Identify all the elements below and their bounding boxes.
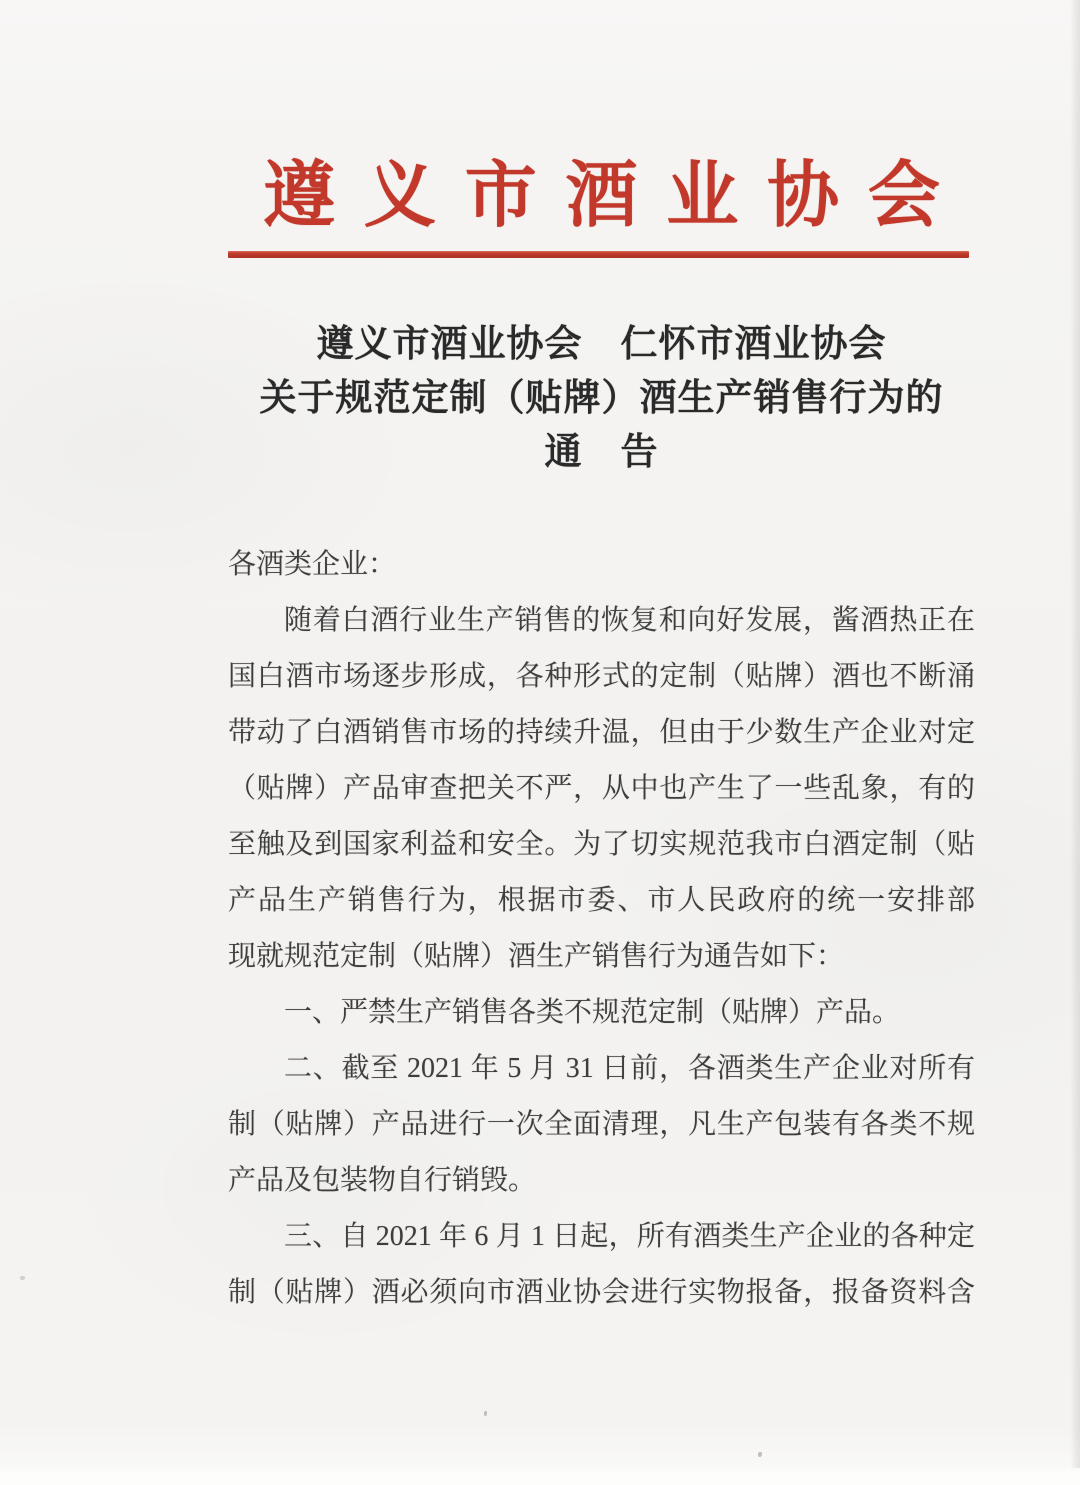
- body-line-item-3: 三、自 2021 年 6 月 1 日起，所有酒类生产企业的各种定: [228, 1209, 975, 1265]
- body-line: 产品生产销售行为，根据市委、市人民政府的统一安排部署，: [228, 873, 975, 929]
- body-line: 产品及包装物自行销毁。: [228, 1153, 975, 1209]
- title-line-issuers: 遵义市酒业协会 仁怀市酒业协会: [228, 318, 975, 372]
- scan-speck: [20, 1276, 25, 1280]
- body-line-item-1: 一、严禁生产销售各类不规范定制（贴牌）产品。: [228, 985, 975, 1041]
- title-line-notice: 通 告: [228, 426, 975, 480]
- body-line-item-2: 二、截至 2021 年 5 月 31 日前，各酒类生产企业对所有定: [228, 1041, 975, 1097]
- body-line: （贴牌）产品审查把关不严，从中也产生了一些乱象，有的甚: [228, 761, 975, 817]
- letterhead-title: 遵义市酒业协会: [228, 158, 975, 234]
- document-title: 遵义市酒业协会 仁怀市酒业协会 关于规范定制（贴牌）酒生产销售行为的 通 告: [228, 318, 975, 480]
- body-line: 至触及到国家利益和安全。为了切实规范我市白酒定制（贴牌）: [228, 817, 975, 873]
- letterhead-divider-line: [228, 251, 969, 258]
- body-line: 制（贴牌）酒必须向市酒业协会进行实物报备，报备资料含瓶: [228, 1265, 975, 1321]
- body-line: 带动了白酒销售市场的持续升温，但由于少数生产企业对定制: [228, 705, 975, 761]
- document-body: 各酒类企业： 随着白酒行业生产销售的恢复和向好发展，酱酒热正在全 国白酒市场逐步…: [228, 537, 975, 1321]
- scanned-document-page: 遵义市酒业协会 遵义市酒业协会 仁怀市酒业协会 关于规范定制（贴牌）酒生产销售行…: [0, 0, 1080, 1485]
- body-line: 国白酒市场逐步形成，各种形式的定制（贴牌）酒也不断涌现，: [228, 649, 975, 705]
- body-line: 现就规范定制（贴牌）酒生产销售行为通告如下：: [228, 929, 975, 985]
- title-line-subject: 关于规范定制（贴牌）酒生产销售行为的: [228, 372, 975, 426]
- scan-speck: [758, 1452, 762, 1457]
- scan-speck: [484, 1411, 487, 1416]
- body-line: 随着白酒行业生产销售的恢复和向好发展，酱酒热正在全: [228, 593, 975, 649]
- page-edge-shadow: [1070, 0, 1080, 1468]
- body-line: 制（贴牌）产品进行一次全面清理，凡生产包装有各类不规范: [228, 1097, 975, 1153]
- page-bottom-edge: [0, 1471, 1080, 1485]
- salutation-line: 各酒类企业：: [228, 537, 975, 593]
